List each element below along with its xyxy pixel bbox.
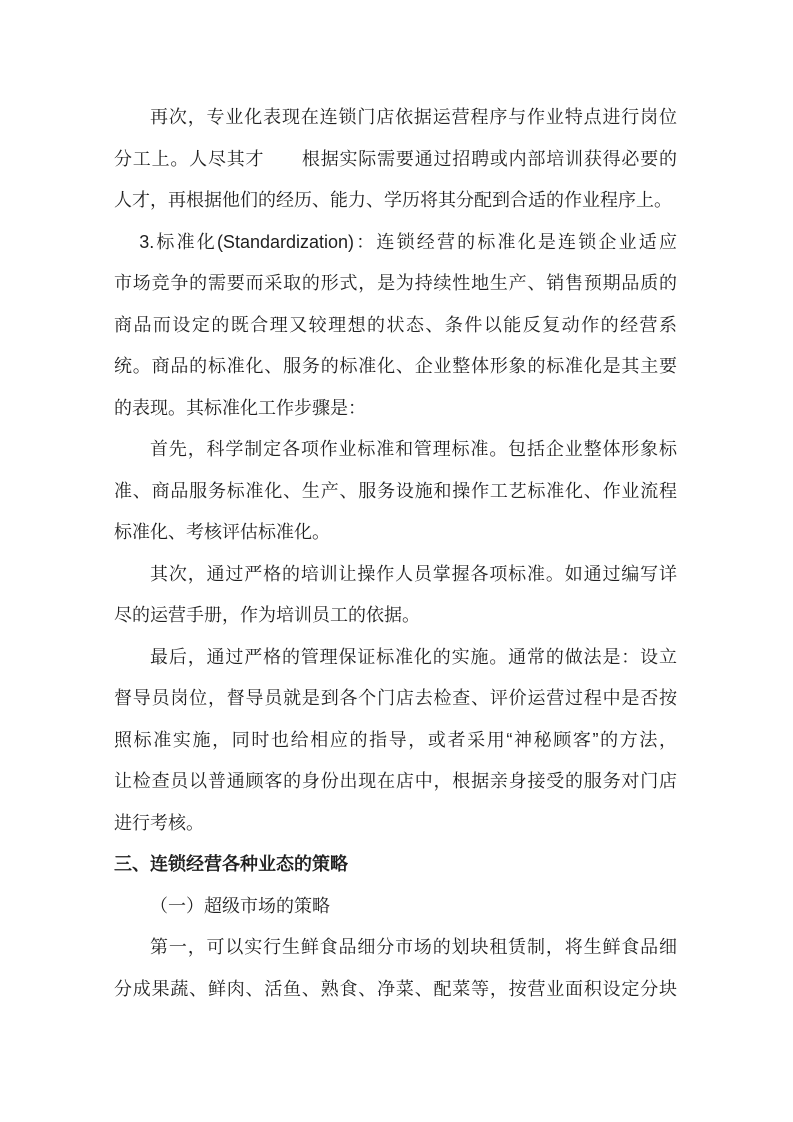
paragraph-line: 统。商品的标准化、服务的标准化、企业整体形象的标准化是其主要 [114, 346, 677, 388]
paragraph-line: 督导员岗位，督导员就是到各个门店去检查、评价运营过程中是否按 [114, 678, 677, 720]
document-page: 再次，专业化表现在连锁门店依据运营程序与作业特点进行岗位分工上。人尽其才 根据实… [0, 0, 793, 1122]
paragraph-line: 人才，再根据他们的经历、能力、学历将其分配到合适的作业程序上。 [114, 180, 677, 222]
paragraph-line: 最后，通过严格的管理保证标准化的实施。通常的做法是：设立 [114, 637, 677, 679]
paragraph-line: 再次，专业化表现在连锁门店依据运营程序与作业特点进行岗位 [114, 97, 677, 139]
subsection-heading: （一）超级市场的策略 [114, 886, 677, 928]
paragraph-line: 照标准实施，同时也给相应的指导，或者采用“神秘顾客”的方法， [114, 720, 677, 762]
paragraph-line: 商品而设定的既合理又较理想的状态、条件以能反复动作的经营系 [114, 305, 677, 347]
paragraph-line: 准、商品服务标准化、生产、服务设施和操作工艺标准化、作业流程 [114, 471, 677, 513]
paragraph-line: 尽的运营手册，作为培训员工的依据。 [114, 595, 677, 637]
paragraph-line: 其次，通过严格的培训让操作人员掌握各项标准。如通过编写详 [114, 554, 677, 596]
paragraph-line: 进行考核。 [114, 803, 677, 845]
paragraph-line: 首先，科学制定各项作业标准和管理标准。包括企业整体形象标 [114, 429, 677, 471]
paragraph-line: 3.标准化(Standardization)：连锁经营的标准化是连锁企业适应 [114, 222, 677, 264]
paragraph-line: 标准化、考核评估标准化。 [114, 512, 677, 554]
paragraph-line: 分成果蔬、鲜肉、活鱼、熟食、净菜、配菜等，按营业面积设定分块 [114, 969, 677, 1011]
paragraph-line: 分工上。人尽其才 根据实际需要通过招聘或内部培训获得必要的 [114, 139, 677, 181]
section-heading: 三、连锁经营各种业态的策略 [114, 844, 677, 886]
paragraph-line: 让检查员以普通顾客的身份出现在店中，根据亲身接受的服务对门店 [114, 761, 677, 803]
paragraph-line: 第一，可以实行生鲜食品细分市场的划块租赁制，将生鲜食品细 [114, 927, 677, 969]
paragraph-line: 市场竞争的需要而采取的形式，是为持续性地生产、销售预期品质的 [114, 263, 677, 305]
paragraph-line: 的表现。其标准化工作步骤是： [114, 388, 677, 430]
